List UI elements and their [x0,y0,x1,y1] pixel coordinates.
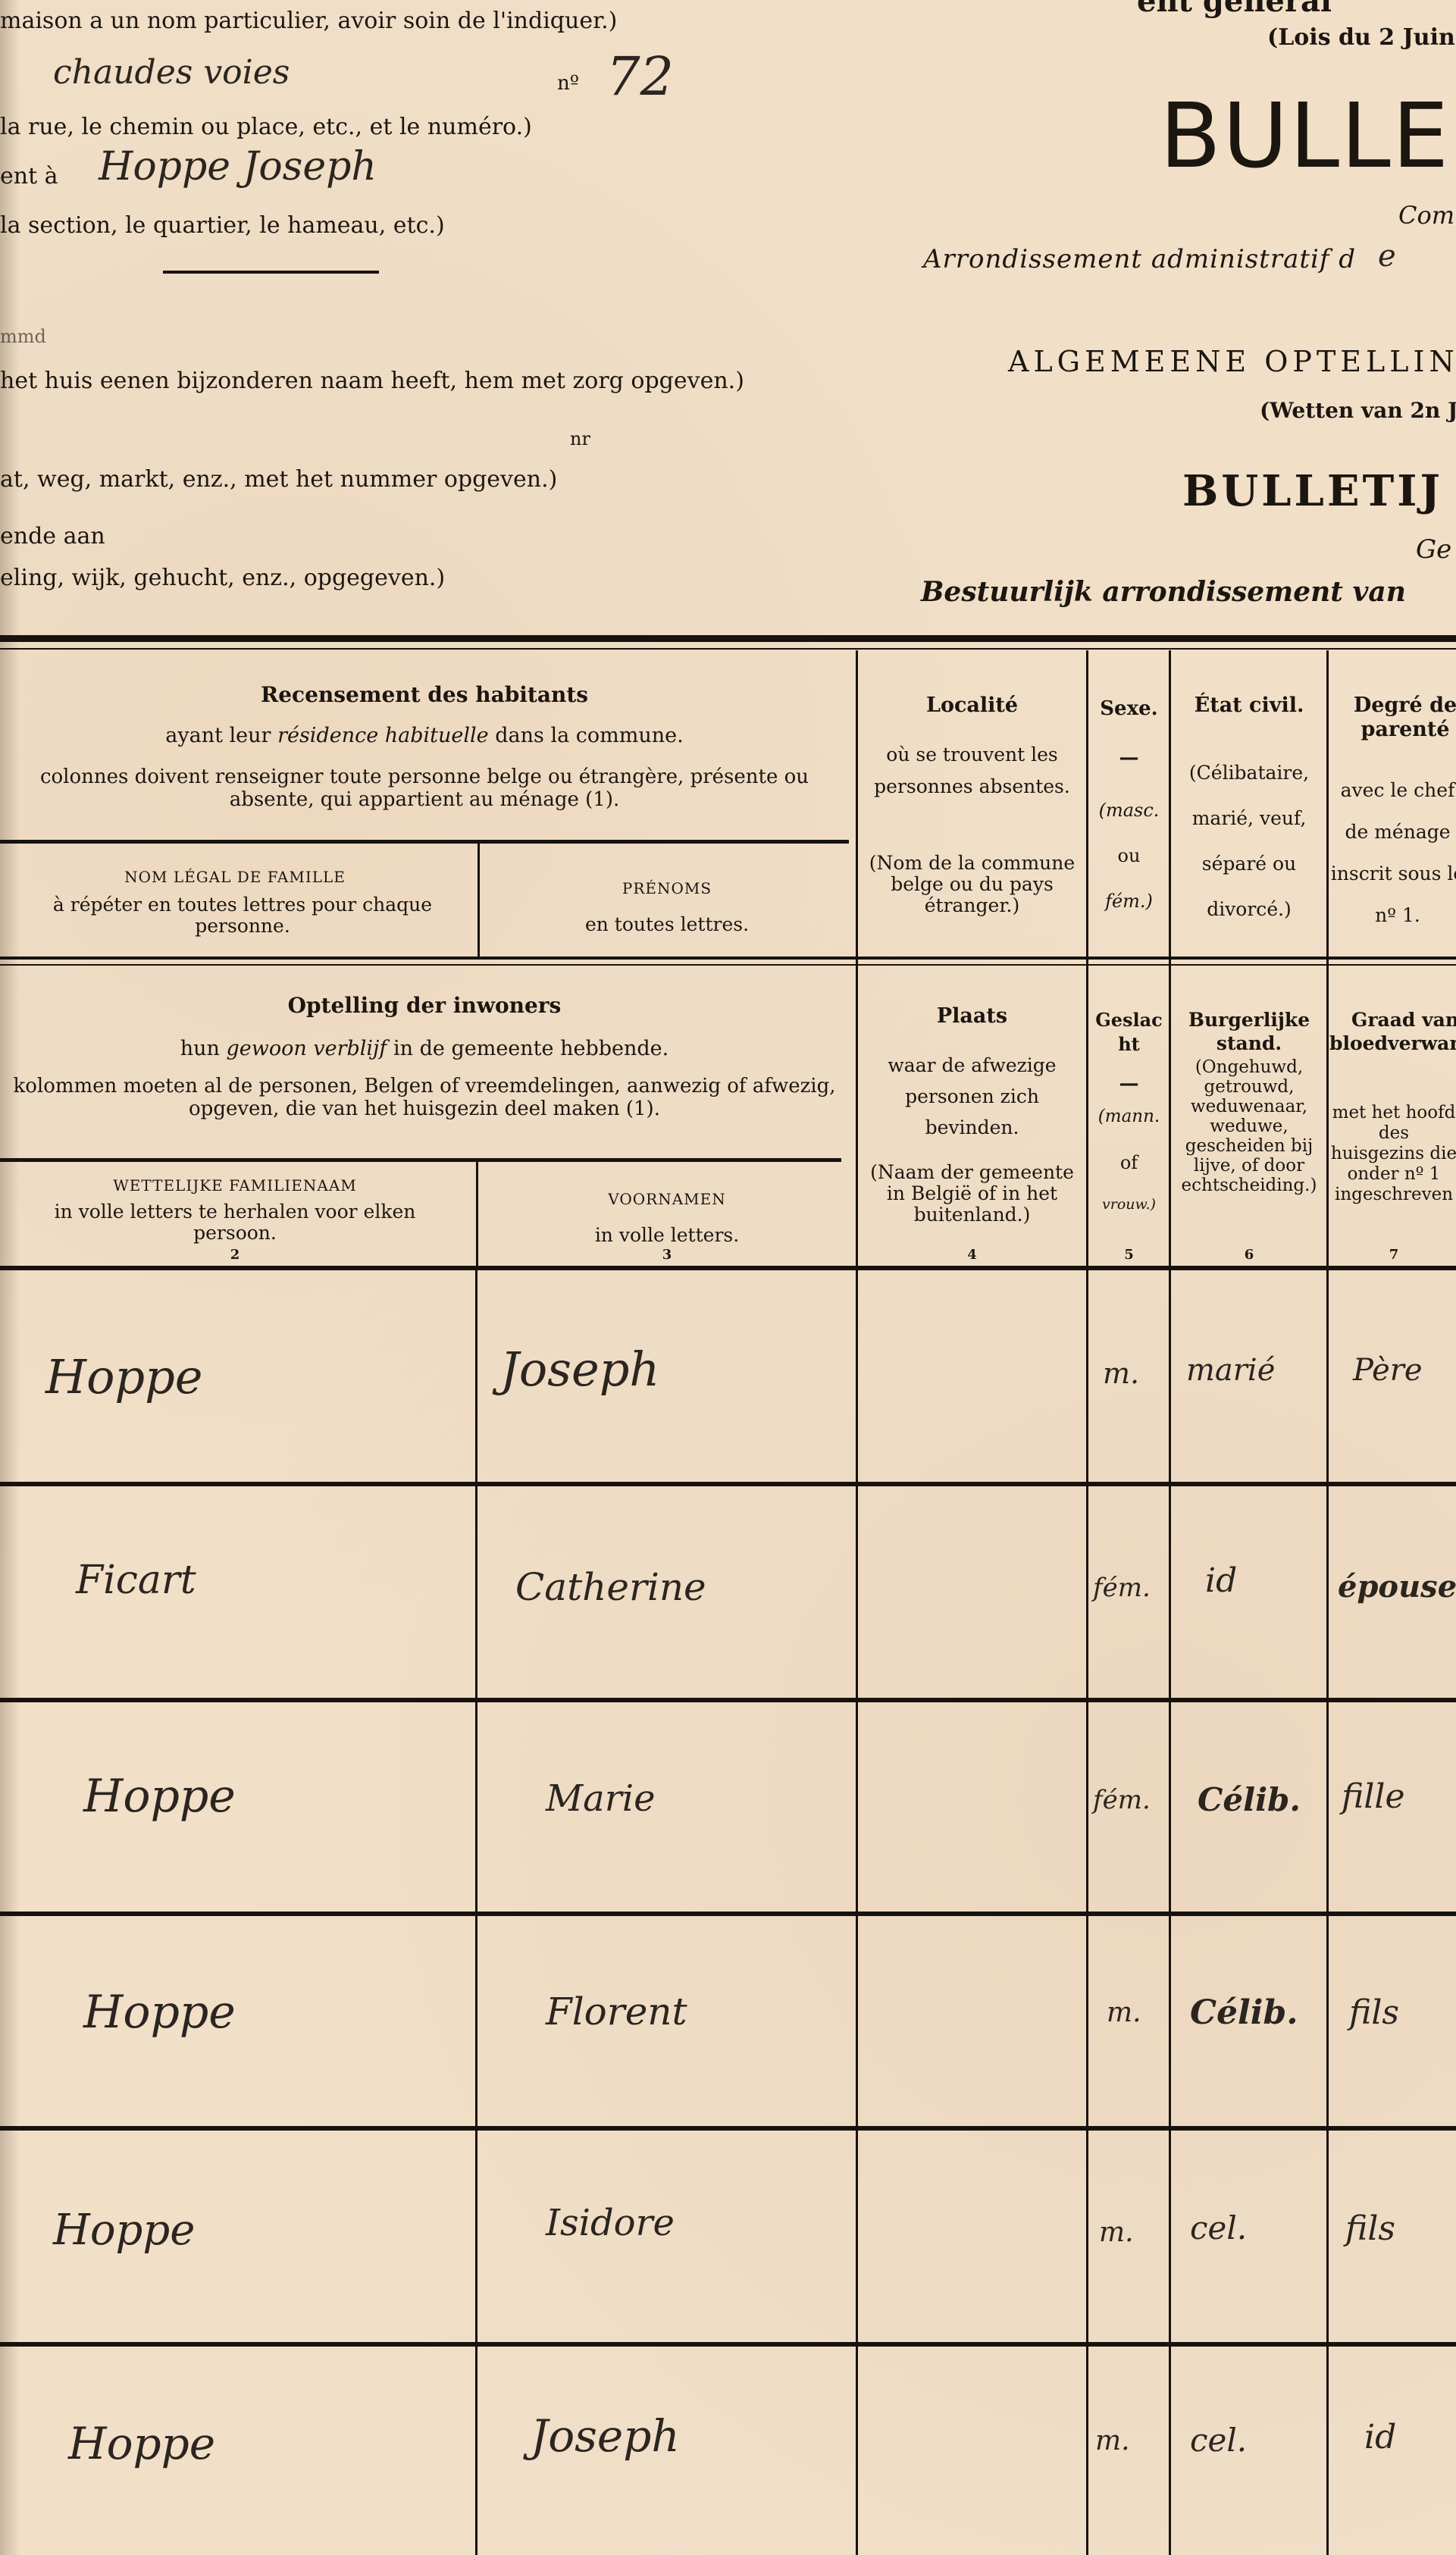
row1-surname: Hoppe [45,1349,202,1404]
fr-nl-divider-rule-2 [0,964,1456,966]
nl-col-geslacht-vrouw: vrouw.) [1089,1196,1169,1213]
nl-col-geslacht-number: 5 [1089,1247,1169,1263]
fr-main-title: Recensement des habitants [0,682,849,707]
row2-civil-status: id [1205,1561,1237,1600]
row2-relationship: épouse [1338,1569,1456,1605]
top-heavy-rule [0,635,1456,642]
nl-subtitle-pre: hun [180,1037,220,1060]
nl-col-stand-number: 6 [1172,1247,1326,1263]
nl-col-geslacht-of: of [1089,1152,1169,1173]
nl-col-voornamen-number: 3 [481,1247,853,1263]
fr-subtitle-pre: ayant leur [165,724,271,747]
row2-surname: Ficart [76,1558,196,1603]
row5-given-name: Isidore [546,2202,675,2244]
fr-address-line1: maison a un nom particulier, avoir soin … [0,8,617,34]
nl-address-line1: het huis eenen bijzonderen naam heeft, h… [0,368,744,394]
fr-col-sexe-title: Sexe. [1089,697,1169,720]
row5-sex: m. [1099,2217,1134,2248]
nl-col-graad-desc: met het hoofd des huisgezins die onder n… [1329,1103,1456,1205]
row3-given-name: Marie [546,1777,655,1820]
nl-col-plaats-note: (Naam der gemeente in België of in het b… [860,1162,1084,1226]
row6-given-name: Joseph [531,2410,680,2462]
row-rule-5 [0,2342,1456,2347]
top-thin-rule [0,648,1456,650]
col-divider-nom-prenom-fr [478,844,480,957]
nl-col-stand-desc: (Ongehuwd, getrouwd, weduwenaar, weduwe,… [1179,1057,1319,1195]
nl-col-plaats-desc: waar de afwezige personen zich bevinden. [868,1050,1076,1143]
row6-relationship: id [1364,2418,1396,2456]
signature-underline [163,271,379,274]
nl-col-stand-title: Burgerlijke stand. [1172,1008,1326,1055]
nl-laws-reference: (Wetten van 2n Juni [1260,398,1456,423]
arrondissement-label-nl: Bestuurlijk arrondissement van [921,576,1406,608]
fr-subheader-rule [0,840,849,844]
fr-col-nom-title: NOM LÉGAL DE FAMILLE [0,868,470,886]
nl-col-nom-title: WETTELIJKE FAMILIENAAM [0,1176,470,1195]
row2-given-name: Catherine [515,1565,706,1609]
fr-col-sexe-fem: fém.) [1089,891,1169,912]
row1-relationship: Père [1353,1353,1423,1388]
row1-civil-status: marié [1186,1353,1275,1388]
nl-address-line0: mmd [0,326,46,347]
occupant-name-handwritten: Hoppe Joseph [99,144,377,189]
col-divider-nom-prenom-body [475,1270,478,2555]
commune-label-fr: Com [1398,201,1454,230]
bulletin-title-fr: BULLE [1160,83,1450,188]
row6-civil-status: cel. [1190,2422,1247,2459]
row4-surname: Hoppe [83,1986,236,2039]
col-divider-sexe [1086,650,1088,2555]
house-number-handwritten: 72 [606,45,674,108]
col-divider-localite [856,650,858,2555]
row-rule-3 [0,1912,1456,1916]
gemeente-label-nl: Ge [1416,534,1451,565]
row2-sex: fém. [1093,1573,1151,1603]
fr-col-etat-title: État civil. [1172,694,1326,717]
row4-relationship: fils [1349,1993,1399,2032]
fr-col-localite-desc: où se trouvent les personnes absentes. [860,739,1084,803]
fr-address-line2: la rue, le chemin ou place, etc., et le … [0,114,532,140]
row3-surname: Hoppe [83,1770,236,1823]
col-divider-degre [1326,650,1329,2555]
fr-col-degre-title: Degré de parenté [1329,694,1456,742]
row5-relationship: fils [1345,2209,1395,2248]
nl-col-geslacht-dash: — [1089,1072,1169,1095]
fr-col-nom-desc: à répéter en toutes lettres pour chaque … [15,894,470,937]
fr-nl-divider-rule-1 [0,957,1456,960]
fr-col-sexe-masc: (masc. [1089,800,1169,821]
fr-col-prenoms-desc: en toutes lettres. [481,913,853,935]
row4-civil-status: Célib. [1190,1993,1298,2032]
fr-col-sexe-ou: ou [1089,845,1169,866]
nl-col-nom-desc: in volle letters te herhalen voor elken … [23,1201,447,1244]
nl-col-geslacht-title: Geslacht [1089,1008,1169,1057]
nl-col-plaats-number: 4 [860,1247,1084,1263]
nl-col-plaats-title: Plaats [860,1004,1084,1028]
fr-subtitle-italic: résidence habituelle [277,724,489,747]
nl-col-nom-number: 2 [0,1247,470,1263]
row3-sex: fém. [1093,1785,1151,1815]
fr-laws-reference: (Lois du 2 Juin 18 [1267,24,1456,51]
nl-main-title: Optelling der inwoners [0,993,849,1018]
nl-heading: ALGEMEENE OPTELLIN [1008,345,1456,378]
col-divider-nom-prenom-nl [476,1162,478,1268]
header-bottom-rule [0,1266,1456,1270]
fr-col-sexe-dash: — [1089,747,1169,769]
row3-relationship: fille [1342,1777,1405,1816]
row6-sex: m. [1095,2425,1130,2456]
row5-civil-status: cel. [1190,2209,1247,2247]
nr-label: nr [570,428,590,449]
row-rule-4 [0,2126,1456,2131]
fr-col-degre-desc: avec le chef de ménage inscrit sous le n… [1329,769,1456,936]
fr-col-localite-title: Localité [860,694,1084,717]
fr-address-line3: la section, le quartier, le hameau, etc.… [0,212,445,239]
fr-main-note: colonnes doivent renseigner toute person… [0,766,849,811]
row1-sex: m. [1103,1357,1139,1390]
row1-given-name: Joseph [500,1342,659,1397]
row4-sex: m. [1107,1997,1141,2028]
row3-civil-status: Célib. [1198,1781,1301,1818]
nl-main-note: kolommen moeten al de personen, Belgen o… [0,1075,849,1120]
bulletin-title-nl: BULLETIJ [1182,466,1443,516]
arrondissement-handwritten: e [1378,239,1396,274]
nl-col-voornamen-title: VOORNAMEN [481,1190,853,1208]
row-rule-1 [0,1482,1456,1486]
fr-col-etat-desc: (Célibataire, marié, veuf, séparé ou div… [1175,750,1323,932]
row4-given-name: Florent [546,1990,687,2034]
nl-main-subtitle: hun gewoon verblijf in de gemeente hebbe… [0,1037,849,1060]
nl-col-graad-title: Graad van bloedverwantschap [1329,1008,1456,1055]
row5-surname: Hoppe [53,2206,195,2255]
nl-subheader-rule [0,1158,841,1162]
nl-subtitle-italic: gewoon verblijf [227,1037,387,1060]
fr-col-localite-note: (Nom de la commune belge ou du pays étra… [860,853,1084,916]
nl-subtitle-post: in de gemeente hebbende. [393,1037,669,1060]
fr-main-subtitle: ayant leur résidence habituelle dans la … [0,724,849,747]
nl-address-line2: at, weg, markt, enz., met het nummer opg… [0,466,557,493]
nl-address-line3-prefix: ende aan [0,523,105,550]
nl-address-line3: eling, wijk, gehucht, enz., opgegeven.) [0,565,445,591]
street-name-handwritten: chaudes voies [53,53,290,92]
number-label: nº [557,72,579,95]
row-rule-2 [0,1698,1456,1702]
arrondissement-label-fr: Arrondissement administratif d [923,244,1356,274]
occupant-prefix: ent à [0,163,58,189]
row6-surname: Hoppe [68,2418,215,2469]
fr-col-prenoms-title: PRÉNOMS [481,879,853,897]
nl-col-geslacht-mann: (mann. [1089,1107,1169,1126]
census-title-partial: ent général [1137,0,1332,19]
nl-col-graad-number: 7 [1329,1247,1456,1263]
nl-col-voornamen-desc: in volle letters. [481,1224,853,1246]
col-divider-etat [1169,650,1171,2555]
fr-subtitle-post: dans la commune. [495,724,683,747]
